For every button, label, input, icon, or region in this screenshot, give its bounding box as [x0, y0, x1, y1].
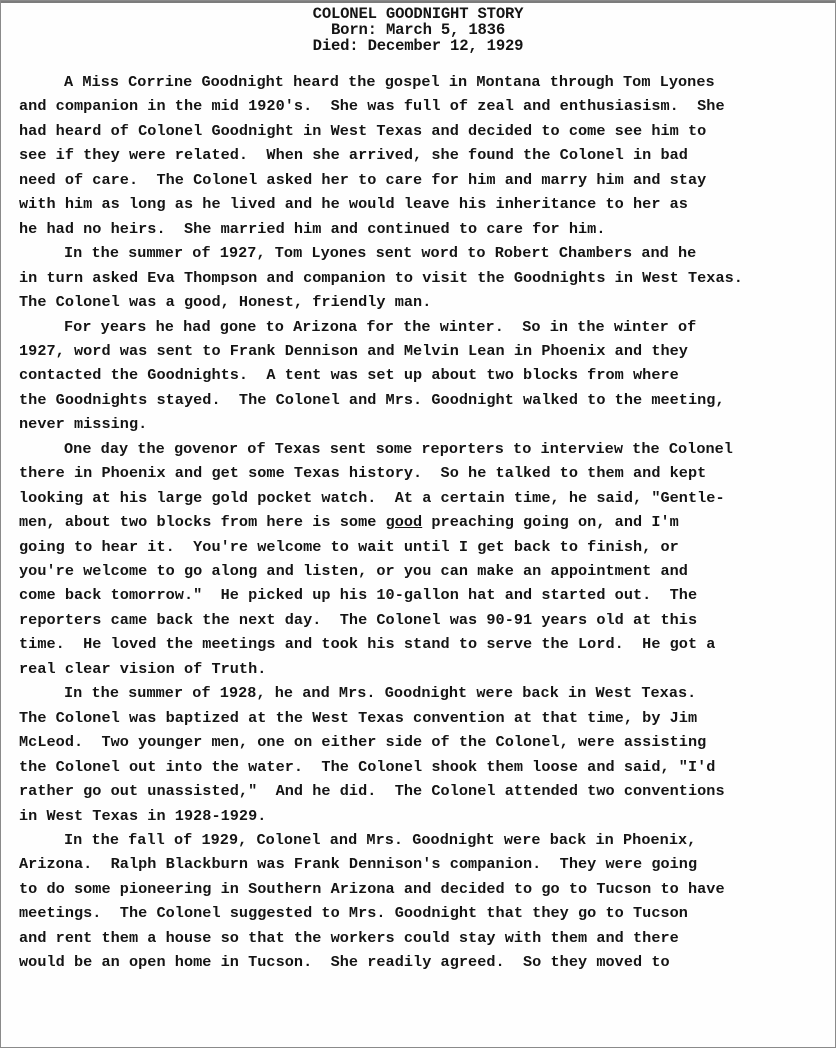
text-line: need of care. The Colonel asked her to c…: [19, 170, 706, 190]
text-line: he had no heirs. She married him and con…: [19, 219, 606, 239]
page-top-edge: [1, 1, 835, 3]
text-line: real clear vision of Truth.: [19, 659, 266, 679]
text-line: the Colonel out into the water. The Colo…: [19, 757, 715, 777]
text-line: McLeod. Two younger men, one on either s…: [19, 732, 706, 752]
text-line: men, about two blocks from here is some …: [19, 512, 679, 532]
text-line: rather go out unassisted," And he did. T…: [19, 781, 725, 801]
text-line: and companion in the mid 1920's. She was…: [19, 96, 725, 116]
text-line: and rent them a house so that the worker…: [19, 928, 679, 948]
text-line: 1927, word was sent to Frank Dennison an…: [19, 341, 688, 361]
text-line: In the fall of 1929, Colonel and Mrs. Go…: [64, 830, 696, 850]
underlined-word: good: [386, 513, 423, 531]
text-line: For years he had gone to Arizona for the…: [64, 317, 696, 337]
text-line: Arizona. Ralph Blackburn was Frank Denni…: [19, 854, 697, 874]
text-line: going to hear it. You're welcome to wait…: [19, 537, 679, 557]
text-line: time. He loved the meetings and took his…: [19, 634, 715, 654]
text-line: in turn asked Eva Thompson and companion…: [19, 268, 743, 288]
text-line: never missing.: [19, 414, 147, 434]
text-line: to do some pioneering in Southern Arizon…: [19, 879, 725, 899]
text-line: come back tomorrow." He picked up his 10…: [19, 585, 697, 605]
text-line: contacted the Goodnights. A tent was set…: [19, 365, 679, 385]
text-line: The Colonel was baptized at the West Tex…: [19, 708, 697, 728]
text-line: meetings. The Colonel suggested to Mrs. …: [19, 903, 688, 923]
text-line: In the summer of 1927, Tom Lyones sent w…: [64, 243, 696, 263]
typewritten-page: COLONEL GOODNIGHT STORY Born: March 5, 1…: [0, 0, 836, 1048]
text-line: the Goodnights stayed. The Colonel and M…: [19, 390, 725, 410]
text-line: with him as long as he lived and he woul…: [19, 194, 688, 214]
text-line: see if they were related. When she arriv…: [19, 145, 688, 165]
text-line: you're welcome to go along and listen, o…: [19, 561, 688, 581]
text-line: reporters came back the next day. The Co…: [19, 610, 697, 630]
text-line: looking at his large gold pocket watch. …: [19, 488, 725, 508]
text-line: The Colonel was a good, Honest, friendly…: [19, 292, 431, 312]
text-line: there in Phoenix and get some Texas hist…: [19, 463, 706, 483]
text-line: would be an open home in Tucson. She rea…: [19, 952, 670, 972]
death-date: Died: December 12, 1929: [1, 38, 835, 55]
text-line: A Miss Corrine Goodnight heard the gospe…: [64, 72, 715, 92]
text-line: One day the govenor of Texas sent some r…: [64, 439, 733, 459]
text-line: had heard of Colonel Goodnight in West T…: [19, 121, 706, 141]
text-line: in West Texas in 1928-1929.: [19, 806, 266, 826]
text-line: In the summer of 1928, he and Mrs. Goodn…: [64, 683, 696, 703]
